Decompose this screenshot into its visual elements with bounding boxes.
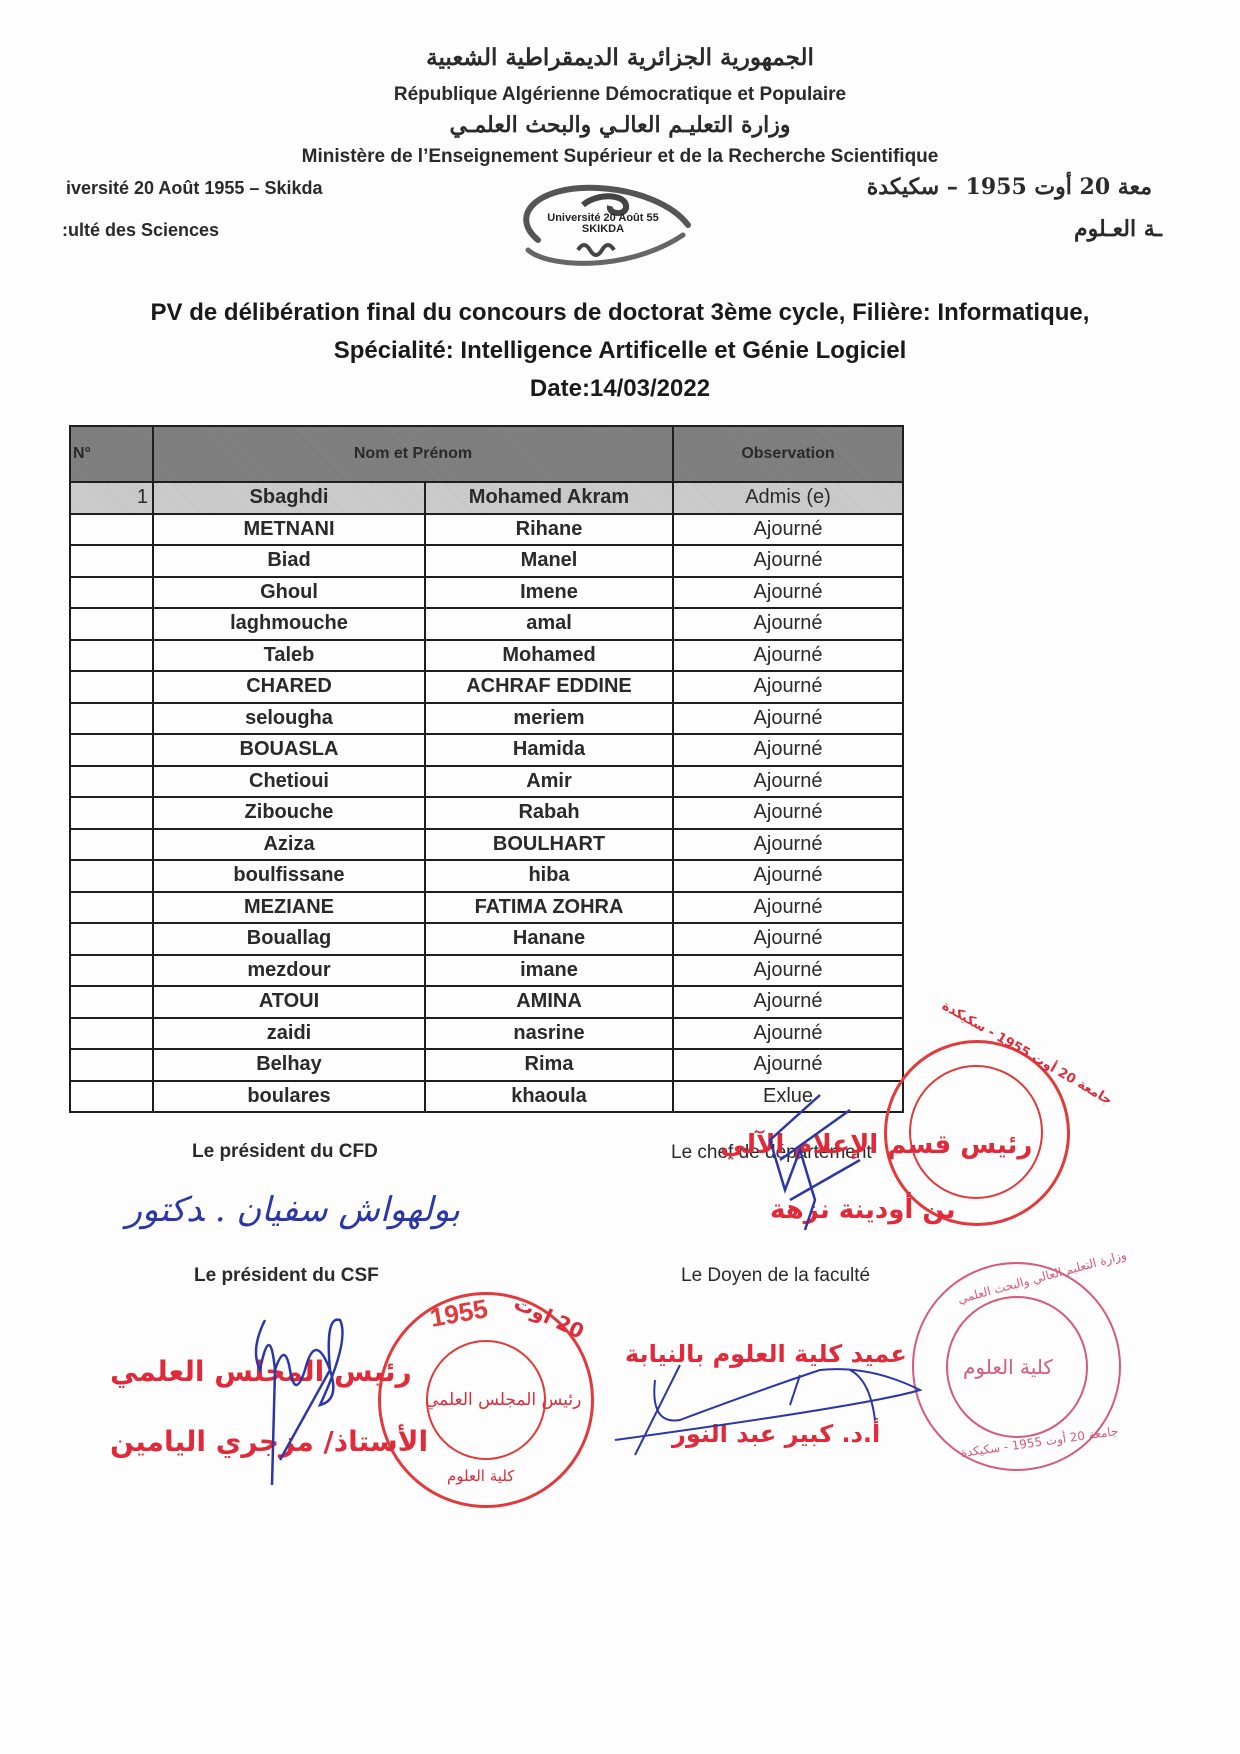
cell-last-name: laghmouche bbox=[153, 608, 425, 640]
ministry-french: Ministère de l’Enseignement Supérieur et… bbox=[0, 146, 1240, 168]
cell-first-name: FATIMA ZOHRA bbox=[425, 892, 673, 924]
university-logo: Université 20 Août 55 SKIKDA bbox=[498, 180, 708, 270]
faculty-arabic: ـة العـلوم bbox=[1074, 216, 1162, 242]
cell-number bbox=[70, 797, 153, 829]
cell-observation: Ajourné bbox=[673, 608, 903, 640]
cell-number: 1 bbox=[70, 482, 153, 514]
cell-first-name: BOULHART bbox=[425, 829, 673, 861]
cell-number bbox=[70, 640, 153, 672]
cell-first-name: Manel bbox=[425, 545, 673, 577]
table-row: BelhayRimaAjourné bbox=[70, 1049, 903, 1081]
table-row: 1SbaghdiMohamed AkramAdmis (e) bbox=[70, 482, 903, 514]
cell-observation: Ajourné bbox=[673, 734, 903, 766]
cell-last-name: Belhay bbox=[153, 1049, 425, 1081]
cell-number bbox=[70, 1049, 153, 1081]
cell-observation: Ajourné bbox=[673, 860, 903, 892]
cell-last-name: CHARED bbox=[153, 671, 425, 703]
table-row: laghmoucheamalAjourné bbox=[70, 608, 903, 640]
cell-observation: Ajourné bbox=[673, 1018, 903, 1050]
cell-number bbox=[70, 923, 153, 955]
cell-last-name: Aziza bbox=[153, 829, 425, 861]
signature-president-cfd: بولهواش سفيان . ﺪﻛﺘﻮﺭ bbox=[40, 1190, 460, 1230]
cell-first-name: AMINA bbox=[425, 986, 673, 1018]
cell-observation: Ajourné bbox=[673, 892, 903, 924]
title-date: Date:14/03/2022 bbox=[0, 370, 1240, 408]
cell-observation: Admis (e) bbox=[673, 482, 903, 514]
cell-last-name: METNANI bbox=[153, 514, 425, 546]
cell-first-name: Mohamed Akram bbox=[425, 482, 673, 514]
stamp-csf-bottom: كلية العلوم bbox=[447, 1467, 514, 1485]
table-row: ZiboucheRabahAjourné bbox=[70, 797, 903, 829]
cell-number bbox=[70, 1018, 153, 1050]
cell-observation: Ajourné bbox=[673, 545, 903, 577]
table-row: TalebMohamedAjourné bbox=[70, 640, 903, 672]
table-row: MEZIANEFATIMA ZOHRAAjourné bbox=[70, 892, 903, 924]
table-row: boulfissanehibaAjourné bbox=[70, 860, 903, 892]
cell-first-name: amal bbox=[425, 608, 673, 640]
cell-number bbox=[70, 1081, 153, 1113]
table-row: GhoulImeneAjourné bbox=[70, 577, 903, 609]
title-line-1: PV de délibération final du concours de … bbox=[0, 294, 1240, 332]
cell-observation: Ajourné bbox=[673, 986, 903, 1018]
cell-observation: Ajourné bbox=[673, 955, 903, 987]
cell-last-name: Chetioui bbox=[153, 766, 425, 798]
stamp-csf-center: رئيس المجلس العلمي bbox=[425, 1390, 581, 1410]
cell-first-name: imane bbox=[425, 955, 673, 987]
cell-first-name: Rima bbox=[425, 1049, 673, 1081]
logo-text: Université 20 Août 55 SKIKDA bbox=[508, 213, 698, 235]
cell-first-name: meriem bbox=[425, 703, 673, 735]
cell-number bbox=[70, 514, 153, 546]
cell-last-name: Taleb bbox=[153, 640, 425, 672]
header-name: Nom et Prénom bbox=[153, 426, 673, 482]
cell-last-name: Zibouche bbox=[153, 797, 425, 829]
cell-observation: Ajourné bbox=[673, 671, 903, 703]
label-doyen: Le Doyen de la faculté bbox=[681, 1265, 870, 1287]
results-table: N° Nom et Prénom Observation 1SbaghdiMoh… bbox=[69, 425, 904, 1113]
university-french: iversité 20 Août 1955 – Skikda bbox=[66, 178, 322, 199]
table-row: ATOUIAMINAAjourné bbox=[70, 986, 903, 1018]
label-president-cfd: Le président du CFD bbox=[192, 1141, 378, 1163]
cell-observation: Ajourné bbox=[673, 923, 903, 955]
cell-last-name: zaidi bbox=[153, 1018, 425, 1050]
stamp-doyen-center: كلية العلوم bbox=[963, 1355, 1053, 1379]
table-row: BOUASLAHamidaAjourné bbox=[70, 734, 903, 766]
table-header-row: N° Nom et Prénom Observation bbox=[70, 426, 903, 482]
cell-observation: Ajourné bbox=[673, 514, 903, 546]
cell-number bbox=[70, 734, 153, 766]
republic-arabic: الجمهورية الجزائرية الديمقراطية الشعبية bbox=[0, 44, 1240, 71]
cell-last-name: selougha bbox=[153, 703, 425, 735]
table-row: BiadManelAjourné bbox=[70, 545, 903, 577]
table-row: seloughameriemAjourné bbox=[70, 703, 903, 735]
cell-first-name: nasrine bbox=[425, 1018, 673, 1050]
cell-last-name: boulfissane bbox=[153, 860, 425, 892]
cell-first-name: Mohamed bbox=[425, 640, 673, 672]
cell-last-name: Ghoul bbox=[153, 577, 425, 609]
cell-number bbox=[70, 577, 153, 609]
cell-number bbox=[70, 671, 153, 703]
cell-number bbox=[70, 860, 153, 892]
cell-observation: Ajourné bbox=[673, 703, 903, 735]
cell-observation: Ajourné bbox=[673, 577, 903, 609]
cell-last-name: Biad bbox=[153, 545, 425, 577]
cell-observation: Ajourné bbox=[673, 766, 903, 798]
cell-first-name: Hamida bbox=[425, 734, 673, 766]
cell-last-name: BOUASLA bbox=[153, 734, 425, 766]
cell-first-name: Rabah bbox=[425, 797, 673, 829]
title-line-2: Spécialité: Intelligence Artificelle et … bbox=[0, 332, 1240, 370]
cell-last-name: Bouallag bbox=[153, 923, 425, 955]
logo-text-line2: SKIKDA bbox=[508, 224, 698, 235]
faculty-french: :ulté des Sciences bbox=[62, 220, 219, 241]
cell-number bbox=[70, 955, 153, 987]
signature-csf-icon bbox=[230, 1310, 370, 1490]
table-row: zaidinasrineAjourné bbox=[70, 1018, 903, 1050]
signature-doyen-icon bbox=[610, 1360, 930, 1460]
cell-observation: Ajourné bbox=[673, 1049, 903, 1081]
cell-first-name: Amir bbox=[425, 766, 673, 798]
cell-last-name: MEZIANE bbox=[153, 892, 425, 924]
cell-last-name: mezdour bbox=[153, 955, 425, 987]
document-title: PV de délibération final du concours de … bbox=[0, 294, 1240, 408]
cell-last-name: Sbaghdi bbox=[153, 482, 425, 514]
label-president-csf: Le président du CSF bbox=[194, 1265, 379, 1287]
cell-first-name: Rihane bbox=[425, 514, 673, 546]
cell-observation: Ajourné bbox=[673, 829, 903, 861]
cell-first-name: ACHRAF EDDINE bbox=[425, 671, 673, 703]
cell-observation: Ajourné bbox=[673, 640, 903, 672]
table-body: 1SbaghdiMohamed AkramAdmis (e)METNANIRih… bbox=[70, 482, 903, 1112]
table-row: ChetiouiAmirAjourné bbox=[70, 766, 903, 798]
republic-french: République Algérienne Démocratique et Po… bbox=[0, 84, 1240, 106]
table-row: CHAREDACHRAF EDDINEAjourné bbox=[70, 671, 903, 703]
cell-number bbox=[70, 545, 153, 577]
table-row: AzizaBOULHARTAjourné bbox=[70, 829, 903, 861]
cell-number bbox=[70, 829, 153, 861]
cell-observation: Ajourné bbox=[673, 797, 903, 829]
header-number: N° bbox=[70, 426, 153, 482]
cell-first-name: khaoula bbox=[425, 1081, 673, 1113]
table-row: METNANIRihaneAjourné bbox=[70, 514, 903, 546]
cell-first-name: Imene bbox=[425, 577, 673, 609]
table-row: mezdourimaneAjourné bbox=[70, 955, 903, 987]
cell-first-name: hiba bbox=[425, 860, 673, 892]
cell-number bbox=[70, 986, 153, 1018]
cell-number bbox=[70, 608, 153, 640]
cell-first-name: Hanane bbox=[425, 923, 673, 955]
cell-last-name: boulares bbox=[153, 1081, 425, 1113]
cell-number bbox=[70, 766, 153, 798]
signature-chef-icon bbox=[750, 1090, 890, 1240]
cell-number bbox=[70, 703, 153, 735]
header-observation: Observation bbox=[673, 426, 903, 482]
cell-last-name: ATOUI bbox=[153, 986, 425, 1018]
university-arabic: معة 20 أوت 1955 – سكيكدة bbox=[867, 174, 1152, 200]
ministry-arabic: وزارة التعليـم العالـي والبحث العلمـي bbox=[0, 112, 1240, 138]
cell-number bbox=[70, 892, 153, 924]
table-row: BouallagHananeAjourné bbox=[70, 923, 903, 955]
